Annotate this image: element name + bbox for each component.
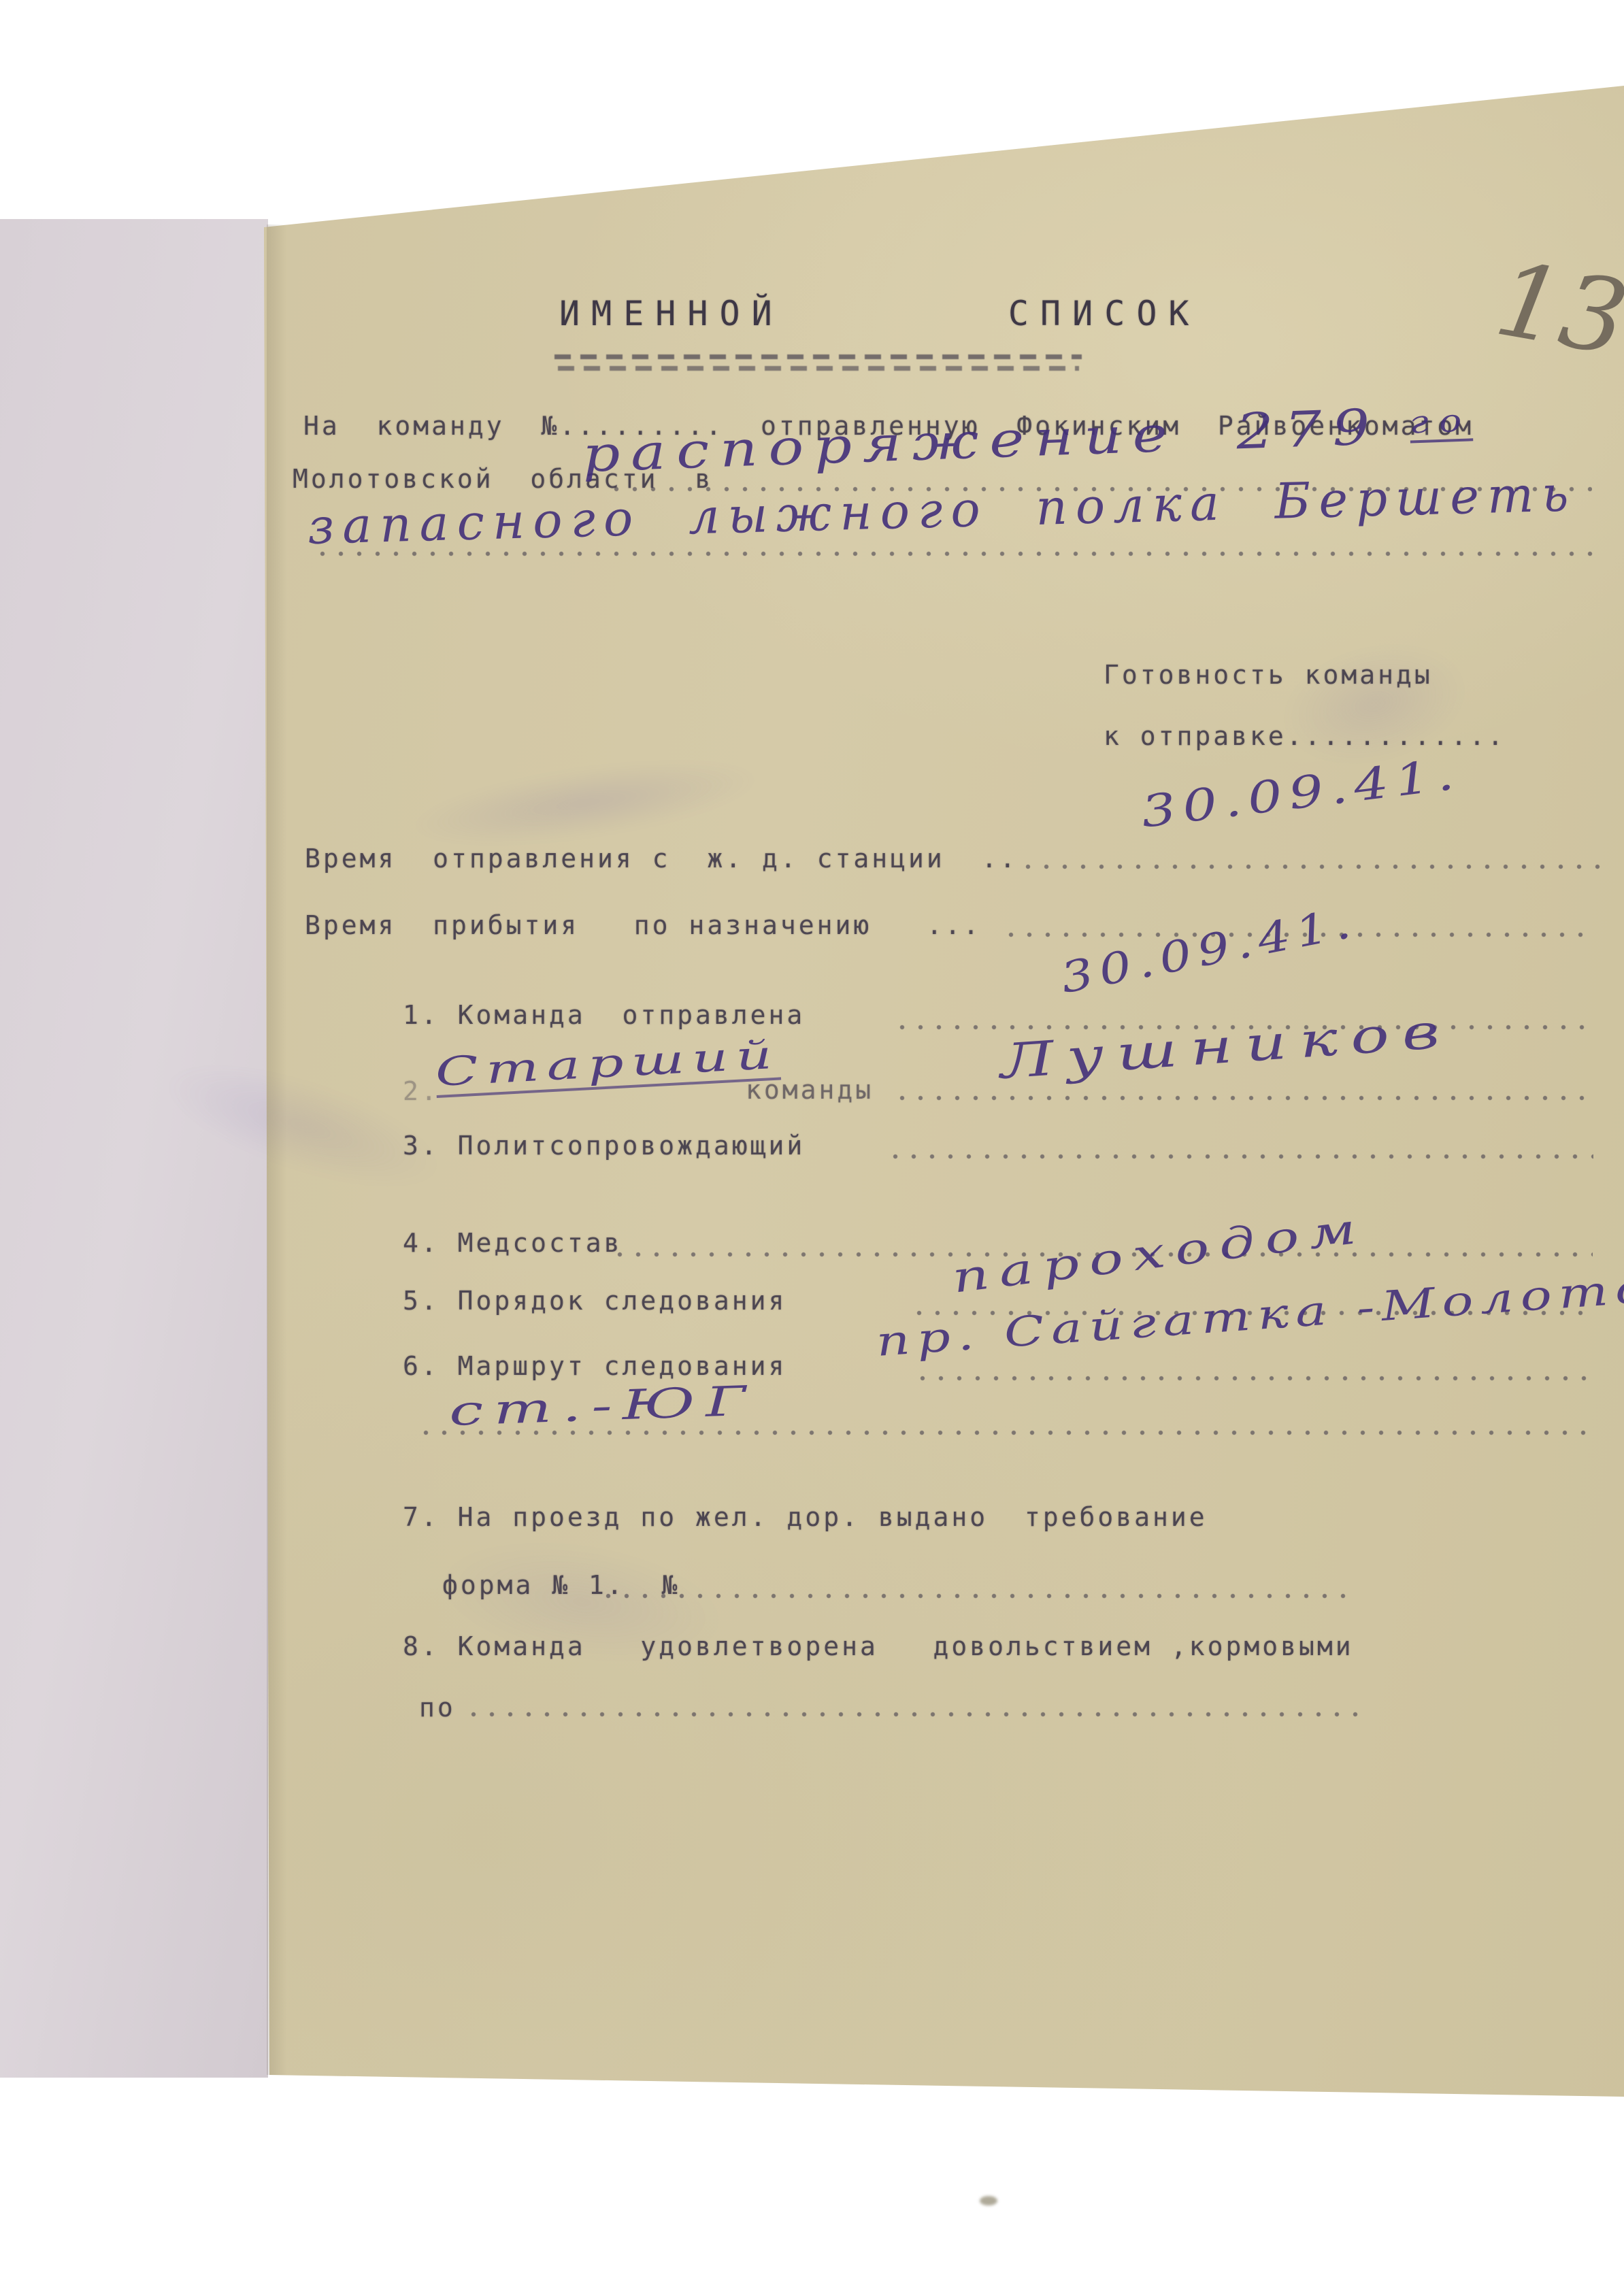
underlying-page-edge [0, 219, 268, 2078]
dotted-fill-line [469, 1710, 1361, 1719]
item-2-typed-word: команды [746, 1075, 874, 1105]
title-underline [558, 366, 1079, 371]
item-2-number: 2. [403, 1076, 440, 1106]
paper-speck [980, 2196, 997, 2206]
dotted-fill-line [422, 1429, 1595, 1437]
dotted-fill-line [1024, 863, 1606, 871]
dotted-fill-line [898, 1094, 1593, 1103]
item-3-label: 3. Политсопровождающий [403, 1131, 805, 1161]
document-title: ИМЕННОЙ СПИСОК [559, 294, 1201, 333]
item-1-label: 1. Команда отправлена [403, 1000, 805, 1030]
title-underline [554, 354, 1082, 359]
readiness-line-2: к отправке............ [1104, 721, 1506, 751]
item-7-line-1: 7. На проезд по жел. дор. выдано требова… [403, 1502, 1208, 1532]
dotted-fill-line [318, 550, 1595, 559]
item-4-label: 4. Медсостав [403, 1228, 623, 1258]
arrival-time-label: Время прибытия по назначению ... [305, 910, 981, 940]
dotted-fill-line [918, 1374, 1587, 1383]
item-8-line-1: 8. Команда удовлетворена довольствием ,к… [403, 1631, 1354, 1661]
item-6-label: 6. Маршрут следования [403, 1351, 786, 1381]
readiness-line-1: Готовность команды [1104, 660, 1433, 690]
dotted-fill-line [891, 1152, 1593, 1161]
departure-time-label: Время отправления с ж. д. станции .. [305, 844, 1018, 874]
dotted-fill-line [604, 1592, 1350, 1601]
page-number-pencil: 13 [1487, 240, 1624, 380]
item-8-line-2: по [419, 1693, 456, 1723]
item-5-label: 5. Порядок следования [403, 1286, 786, 1316]
scanned-document-page: { "page": { "number": "13" }, "title": {… [0, 0, 1624, 2296]
handwritten-ordinal-suffix: го [1409, 401, 1473, 443]
